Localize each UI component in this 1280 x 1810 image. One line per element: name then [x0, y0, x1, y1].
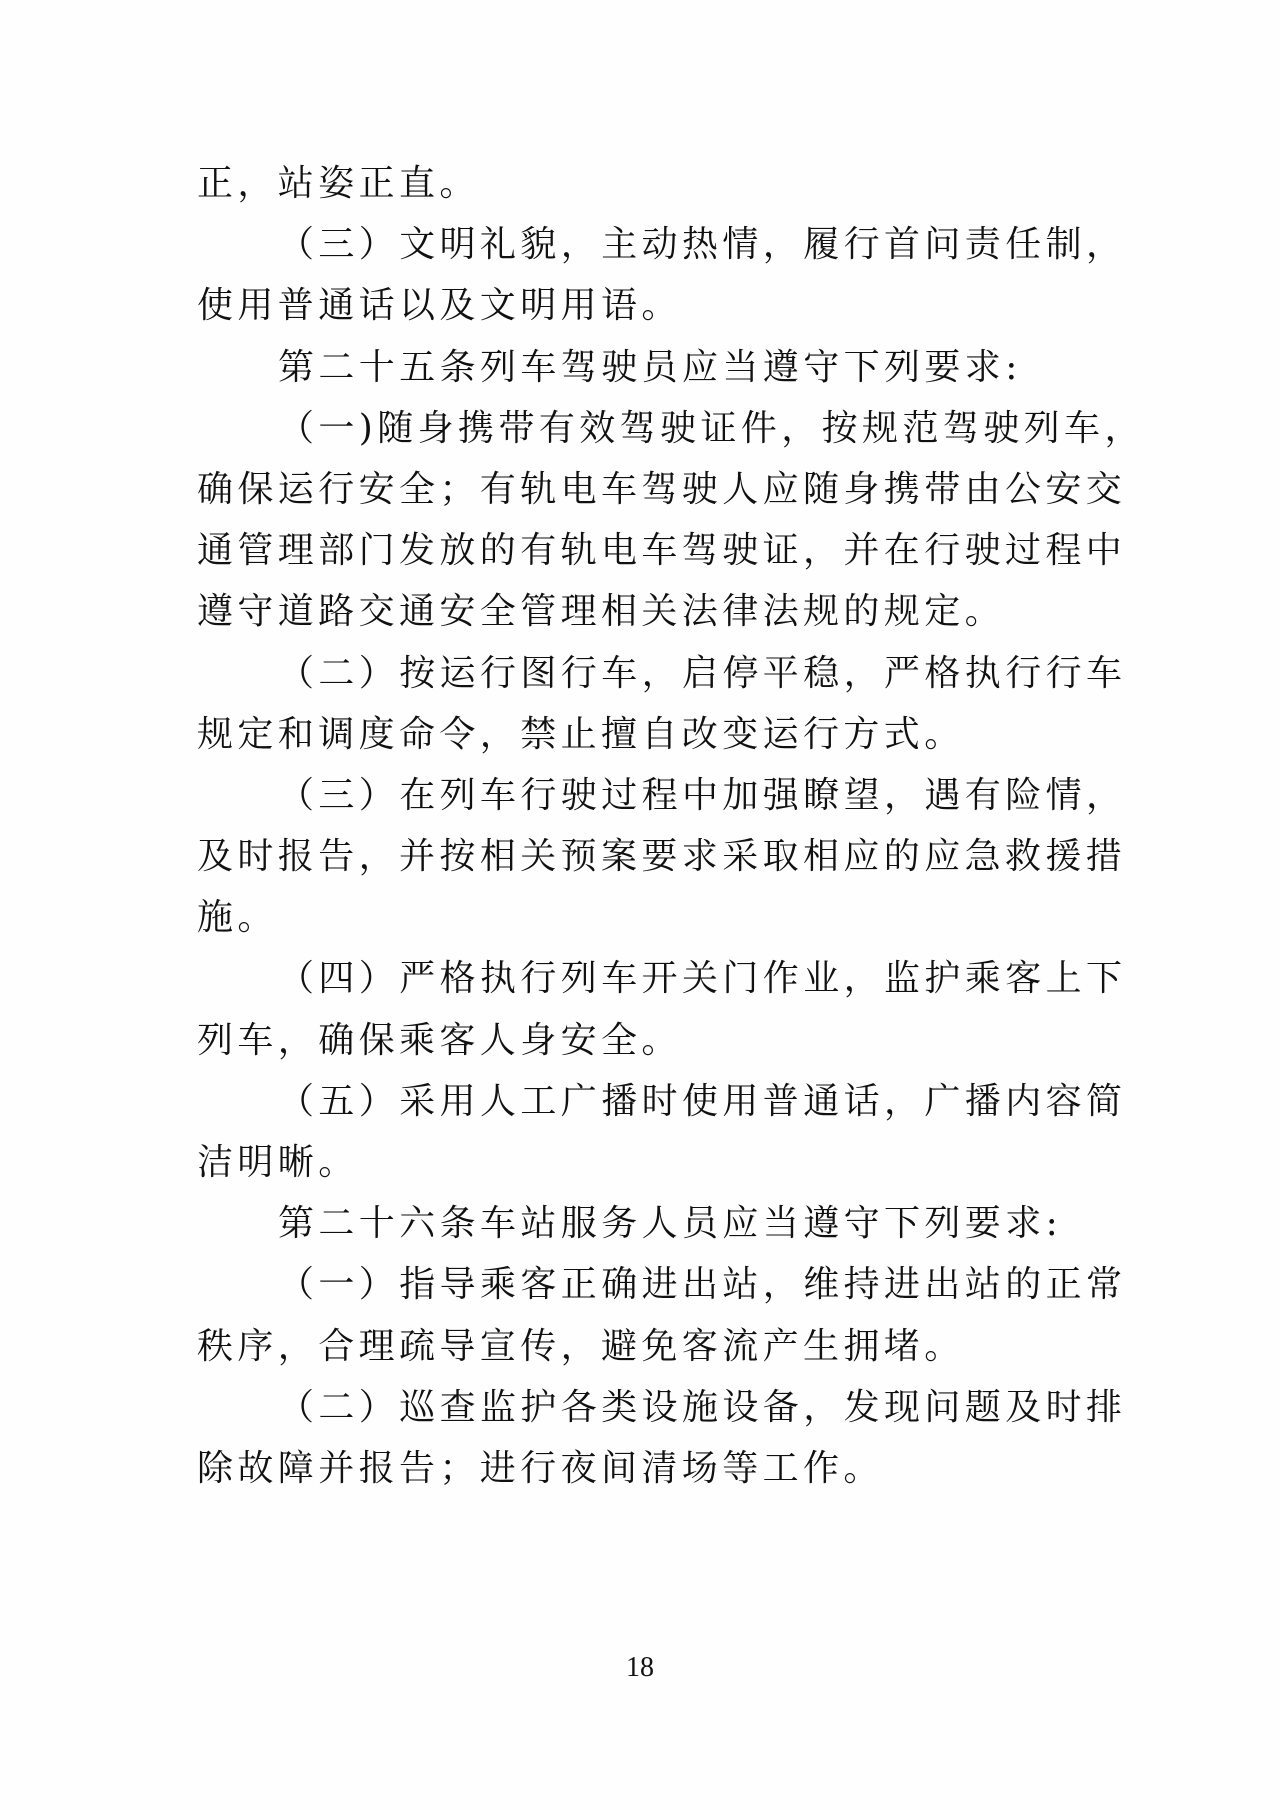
article-25-heading: 第二十五条列车驾驶员应当遵守下列要求:	[197, 337, 1097, 398]
document-body: 正，站姿正直。 （三）文明礼貌，主动热情，履行首问责任制， 使用普通话以及文明用…	[197, 153, 1097, 1499]
article-25-item-3: （三）在列车行驶过程中加强瞭望，遇有险情，	[197, 765, 1097, 826]
article-25-item-4: （四）严格执行列车开关门作业，监护乘客上下	[197, 948, 1097, 1009]
text-line-continuation: 遵守道路交通安全管理相关法律法规的规定。	[197, 581, 1097, 642]
text-line-continuation: 规定和调度命令，禁止擅自改变运行方式。	[197, 704, 1097, 765]
article-25-item-2: （二）按运行图行车，启停平稳，严格执行行车	[197, 643, 1097, 704]
document-page: 正，站姿正直。 （三）文明礼貌，主动热情，履行首问责任制， 使用普通话以及文明用…	[0, 0, 1280, 1810]
text-line-continuation: 施。	[197, 887, 1097, 948]
article-26-item-2: （二）巡查监护各类设施设备，发现问题及时排	[197, 1377, 1097, 1438]
text-line-continuation: 秩序，合理疏导宣传，避免客流产生拥堵。	[197, 1316, 1097, 1377]
article-26-heading: 第二十六条车站服务人员应当遵守下列要求:	[197, 1193, 1097, 1254]
text-line-continuation: 列车，确保乘客人身安全。	[197, 1010, 1097, 1071]
text-line-continuation: 使用普通话以及文明用语。	[197, 275, 1097, 336]
text-line-continuation: 通管理部门发放的有轨电车驾驶证，并在行驶过程中	[197, 520, 1097, 581]
text-line-continuation: 及时报告，并按相关预案要求采取相应的应急救援措	[197, 826, 1097, 887]
article-26-item-1: （一）指导乘客正确进出站，维持进出站的正常	[197, 1254, 1097, 1315]
text-line-continuation: 除故障并报告；进行夜间清场等工作。	[197, 1438, 1097, 1499]
text-line-continuation: 确保运行安全；有轨电车驾驶人应随身携带由公安交	[197, 459, 1097, 520]
page-number: 18	[0, 1652, 1280, 1684]
clause-item-3-courtesy: （三）文明礼貌，主动热情，履行首问责任制，	[197, 214, 1097, 275]
article-25-item-5: （五）采用人工广播时使用普通话，广播内容简	[197, 1071, 1097, 1132]
article-25-item-1: （一)随身携带有效驾驶证件，按规范驾驶列车，	[197, 398, 1097, 459]
text-line-continuation: 洁明晰。	[197, 1132, 1097, 1193]
text-line-continuation: 正，站姿正直。	[197, 153, 1097, 214]
